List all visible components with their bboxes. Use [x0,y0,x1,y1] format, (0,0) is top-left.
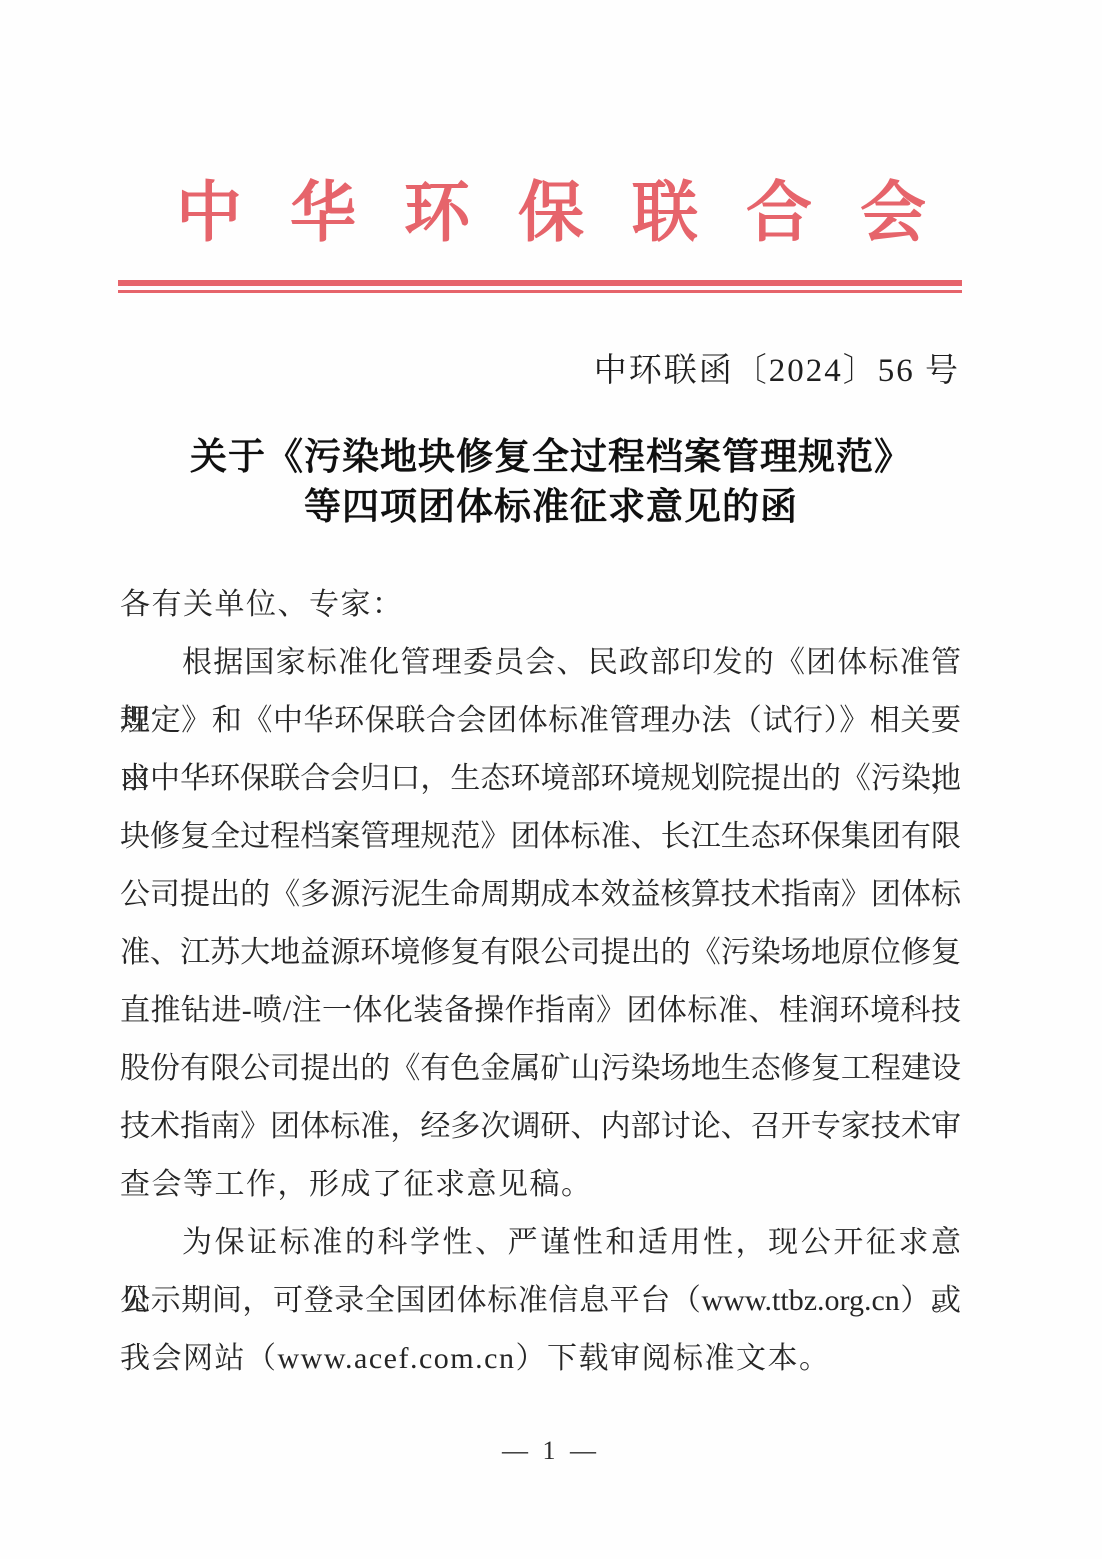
body-line: 块修复全过程档案管理规范》团体标准、长江生态环保集团有限 [120,808,961,866]
letterhead-rule-thin [118,290,962,293]
body-line: 规定》和《中华环保联合会团体标准管理办法（试行）》相关要求， [120,692,961,750]
body-line: 技术指南》团体标准，经多次调研、内部讨论、召开专家技术审 [120,1098,961,1156]
body-line: 查会等工作，形成了征求意见稿。 [120,1156,961,1214]
document-number: 中环联函〔2024〕56 号 [594,344,960,391]
letterhead-org-name: 中华环保联合会 [0,178,1102,251]
body-line: 准、江苏大地益源环境修复有限公司提出的《污染场地原位修复 [120,924,961,982]
body-line: 公司提出的《多源污泥生命周期成本效益核算技术指南》团体标 [120,866,961,924]
body-line: 为保证标准的科学性、严谨性和适用性，现公开征求意见。 [120,1214,961,1272]
document-title-line-2: 等四项团体标准征求意见的函 [0,483,1102,533]
body-line: 直推钻进-喷/注一体化装备操作指南》团体标准、桂润环境科技 [120,982,961,1040]
document-title-line-1: 关于《污染地块修复全过程档案管理规范》 [0,433,1102,483]
body-line: 公示期间，可登录全国团体标准信息平台（www.ttbz.org.cn）或 [120,1272,961,1330]
body-line: 股份有限公司提出的《有色金属矿山污染场地生态修复工程建设 [120,1040,961,1098]
salutation: 各有关单位、专家： [120,576,961,634]
body-paragraph-lines: 根据国家标准化管理委员会、民政部印发的《团体标准管理规定》和《中华环保联合会团体… [120,634,961,1388]
document-page: 中华环保联合会 中环联函〔2024〕56 号 关于《污染地块修复全过程档案管理规… [0,0,1102,1559]
document-body: 各有关单位、专家： 根据国家标准化管理委员会、民政部印发的《团体标准管理规定》和… [120,576,961,1388]
body-line: 由中华环保联合会归口，生态环境部环境规划院提出的《污染地 [120,750,961,808]
page-number: — 1 — [0,1436,1102,1466]
letterhead-rule-thick [118,280,962,286]
body-line: 根据国家标准化管理委员会、民政部印发的《团体标准管理 [120,634,961,692]
body-line: 我会网站（www.acef.com.cn）下载审阅标准文本。 [120,1330,961,1388]
document-title: 关于《污染地块修复全过程档案管理规范》 等四项团体标准征求意见的函 [0,433,1102,533]
